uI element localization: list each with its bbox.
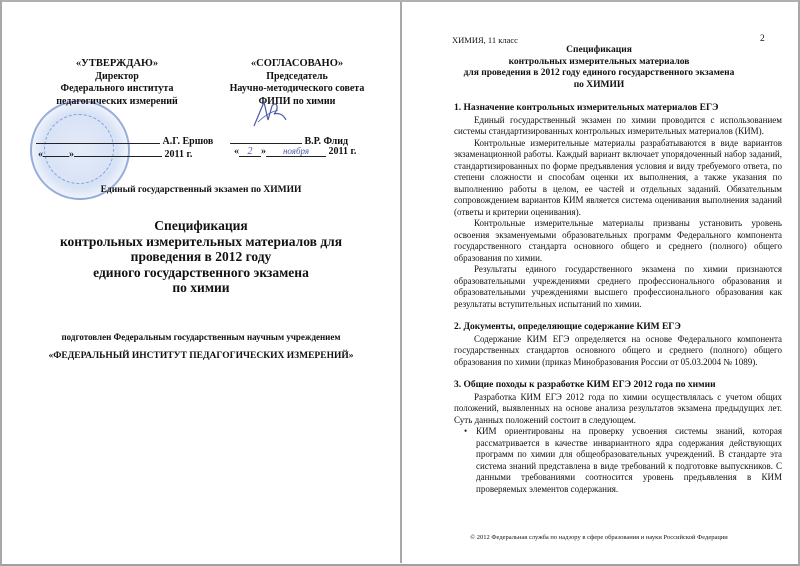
cover-title-line: по химии [2, 280, 400, 296]
approved-date-row: «» 2011 г. [38, 146, 192, 160]
spec-title: Спецификация контрольных измерительных м… [402, 45, 796, 91]
bullet-item: • КИМ ориентированы на проверку усвоения… [476, 426, 782, 495]
section-2: 2. Документы, определяющие содержание КИ… [454, 322, 782, 368]
cover-title-line: Спецификация [2, 218, 400, 234]
agreed-org-line-1: Научно-методического совета [227, 83, 367, 96]
approved-org-line-1: Федерального института [42, 83, 192, 96]
right-page: ХИМИЯ, 11 класс 2 Спецификация контрольн… [402, 2, 796, 563]
exam-subtitle: Единый государственный экзамен по ХИМИИ [2, 185, 400, 195]
spec-title-line: Спецификация [402, 45, 796, 57]
paragraph: Разработка КИМ ЕГЭ 2012 года по химии ос… [454, 392, 782, 427]
bullet-text: КИМ ориентированы на проверку усвоения с… [476, 426, 782, 494]
cover-title-line: контрольных измерительных материалов для [2, 234, 400, 250]
section-1: 1. Назначение контрольных измерительных … [454, 103, 782, 310]
bullet-icon: • [464, 426, 467, 438]
cover-title-line: единого государственного экзамена [2, 265, 400, 281]
spec-title-line: по ХИМИИ [402, 80, 796, 92]
agreed-date-day: 2 [239, 146, 261, 157]
paragraph: Единый государственный экзамен по химии … [454, 115, 782, 138]
date-month-line [74, 146, 162, 157]
agreed-position: Председатель [227, 71, 367, 84]
approved-signature-row: А.Г. Ершов [36, 133, 213, 147]
paragraph: Контрольные измерительные материалы разр… [454, 138, 782, 219]
copyright-footer: © 2012 Федеральная служба по надзору в с… [402, 534, 796, 541]
section-heading: 3. Общие походы к разработке КИМ ЕГЭ 201… [454, 380, 782, 392]
signature-line [36, 133, 160, 144]
prepared-by-line: подготовлен Федеральным государственным … [2, 332, 400, 342]
agreed-date-row: «2»ноября 2011 г. [234, 146, 356, 157]
handwritten-signature-icon [250, 98, 290, 128]
approved-position: Директор [42, 71, 192, 84]
agreed-signature-row: В.Р. Флид [230, 133, 348, 147]
approved-date-year: 2011 г. [165, 149, 193, 160]
page-number: 2 [760, 34, 765, 44]
section-heading: 1. Назначение контрольных измерительных … [454, 103, 782, 115]
agreed-date-year: 2011 г. [329, 146, 357, 157]
agreed-org-line-2: ФИПИ по химии [227, 96, 367, 109]
agreed-block: «СОГЛАСОВАНО» Председатель Научно-методи… [227, 58, 367, 108]
approved-heading: «УТВЕРЖДАЮ» [42, 58, 192, 71]
section-3: 3. Общие походы к разработке КИМ ЕГЭ 201… [454, 380, 782, 495]
institute-name: «ФЕДЕРАЛЬНЫЙ ИНСТИТУТ ПЕДАГОГИЧЕСКИХ ИЗМ… [2, 351, 400, 361]
left-page: «УТВЕРЖДАЮ» Директор Федерального инстит… [2, 2, 400, 563]
agreed-date-month: ноября [266, 146, 326, 157]
signature-line [230, 133, 302, 144]
approved-org-line-2: педагогических измерений [42, 96, 192, 109]
paragraph: Содержание КИМ ЕГЭ определяется на основ… [454, 334, 782, 369]
paragraph: Контрольные измерительные материалы приз… [454, 218, 782, 264]
spec-title-line: контрольных измерительных материалов [402, 57, 796, 69]
cover-spec-title: Спецификация контрольных измерительных м… [2, 218, 400, 296]
running-header: ХИМИЯ, 11 класс [452, 35, 518, 45]
agreed-heading: «СОГЛАСОВАНО» [227, 58, 367, 71]
document-body: 1. Назначение контрольных измерительных … [454, 103, 782, 495]
section-heading: 2. Документы, определяющие содержание КИ… [454, 322, 782, 334]
approved-block: «УТВЕРЖДАЮ» Директор Федерального инстит… [42, 58, 192, 108]
spec-title-line: для проведения в 2012 году единого госуд… [402, 68, 796, 80]
cover-title-line: проведения в 2012 году [2, 249, 400, 265]
date-day-line [43, 146, 69, 157]
paragraph: Результаты единого государственного экза… [454, 264, 782, 310]
